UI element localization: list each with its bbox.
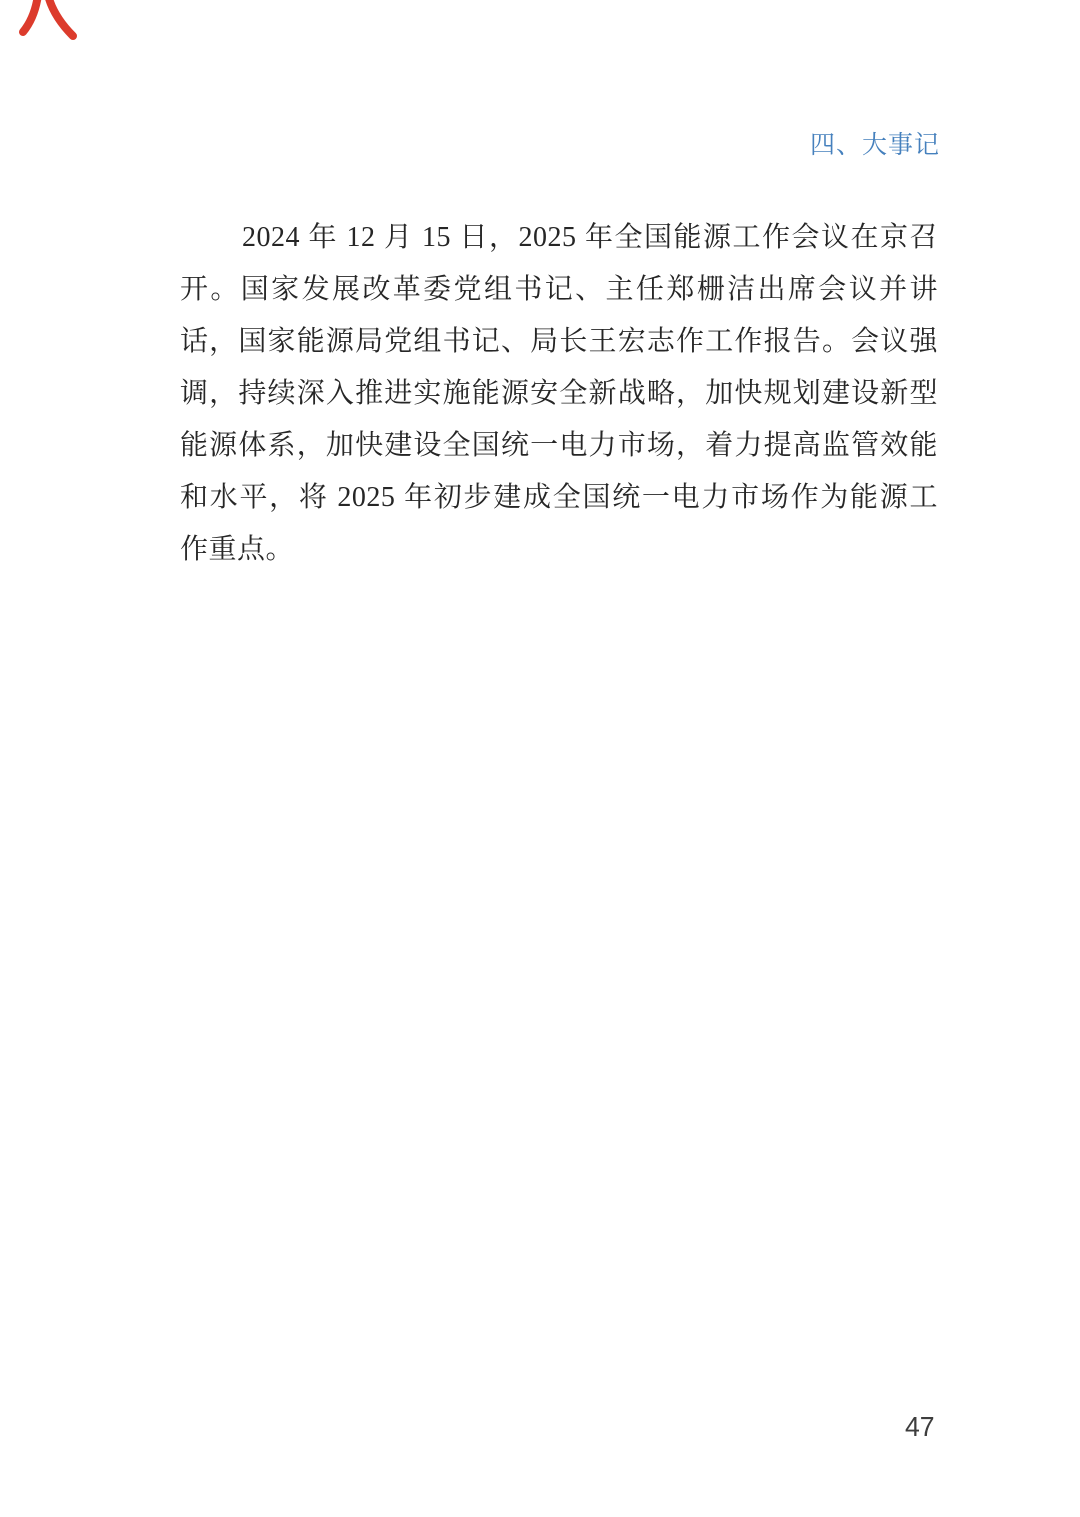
body-paragraph: 2024 年 12 月 15 日，2025 年全国能源工作会议在京召 开。国家发… [180, 212, 938, 576]
paragraph-line: 2024 年 12 月 15 日，2025 年全国能源工作会议在京召 [180, 212, 938, 264]
page-number: 47 [905, 1412, 935, 1442]
paragraph-line: 开。国家发展改革委党组书记、主任郑栅洁出席会议并讲 [180, 264, 938, 316]
paragraph-line: 和水平，将 2025 年初步建成全国统一电力市场作为能源工 [180, 472, 938, 524]
paragraph-line: 话，国家能源局党组书记、局长王宏志作工作报告。会议强 [180, 316, 938, 368]
paragraph-line: 作重点。 [180, 524, 938, 576]
section-header: 四、大事记 [810, 131, 940, 159]
paragraph-line: 调，持续深入推进实施能源安全新战略，加快规划建设新型 [180, 368, 938, 420]
red-stroke-fragment-icon [14, 0, 80, 50]
paragraph-line: 能源体系，加快建设全国统一电力市场，着力提高监管效能 [180, 420, 938, 472]
document-page: 四、大事记 2024 年 12 月 15 日，2025 年全国能源工作会议在京召… [0, 0, 1080, 1517]
